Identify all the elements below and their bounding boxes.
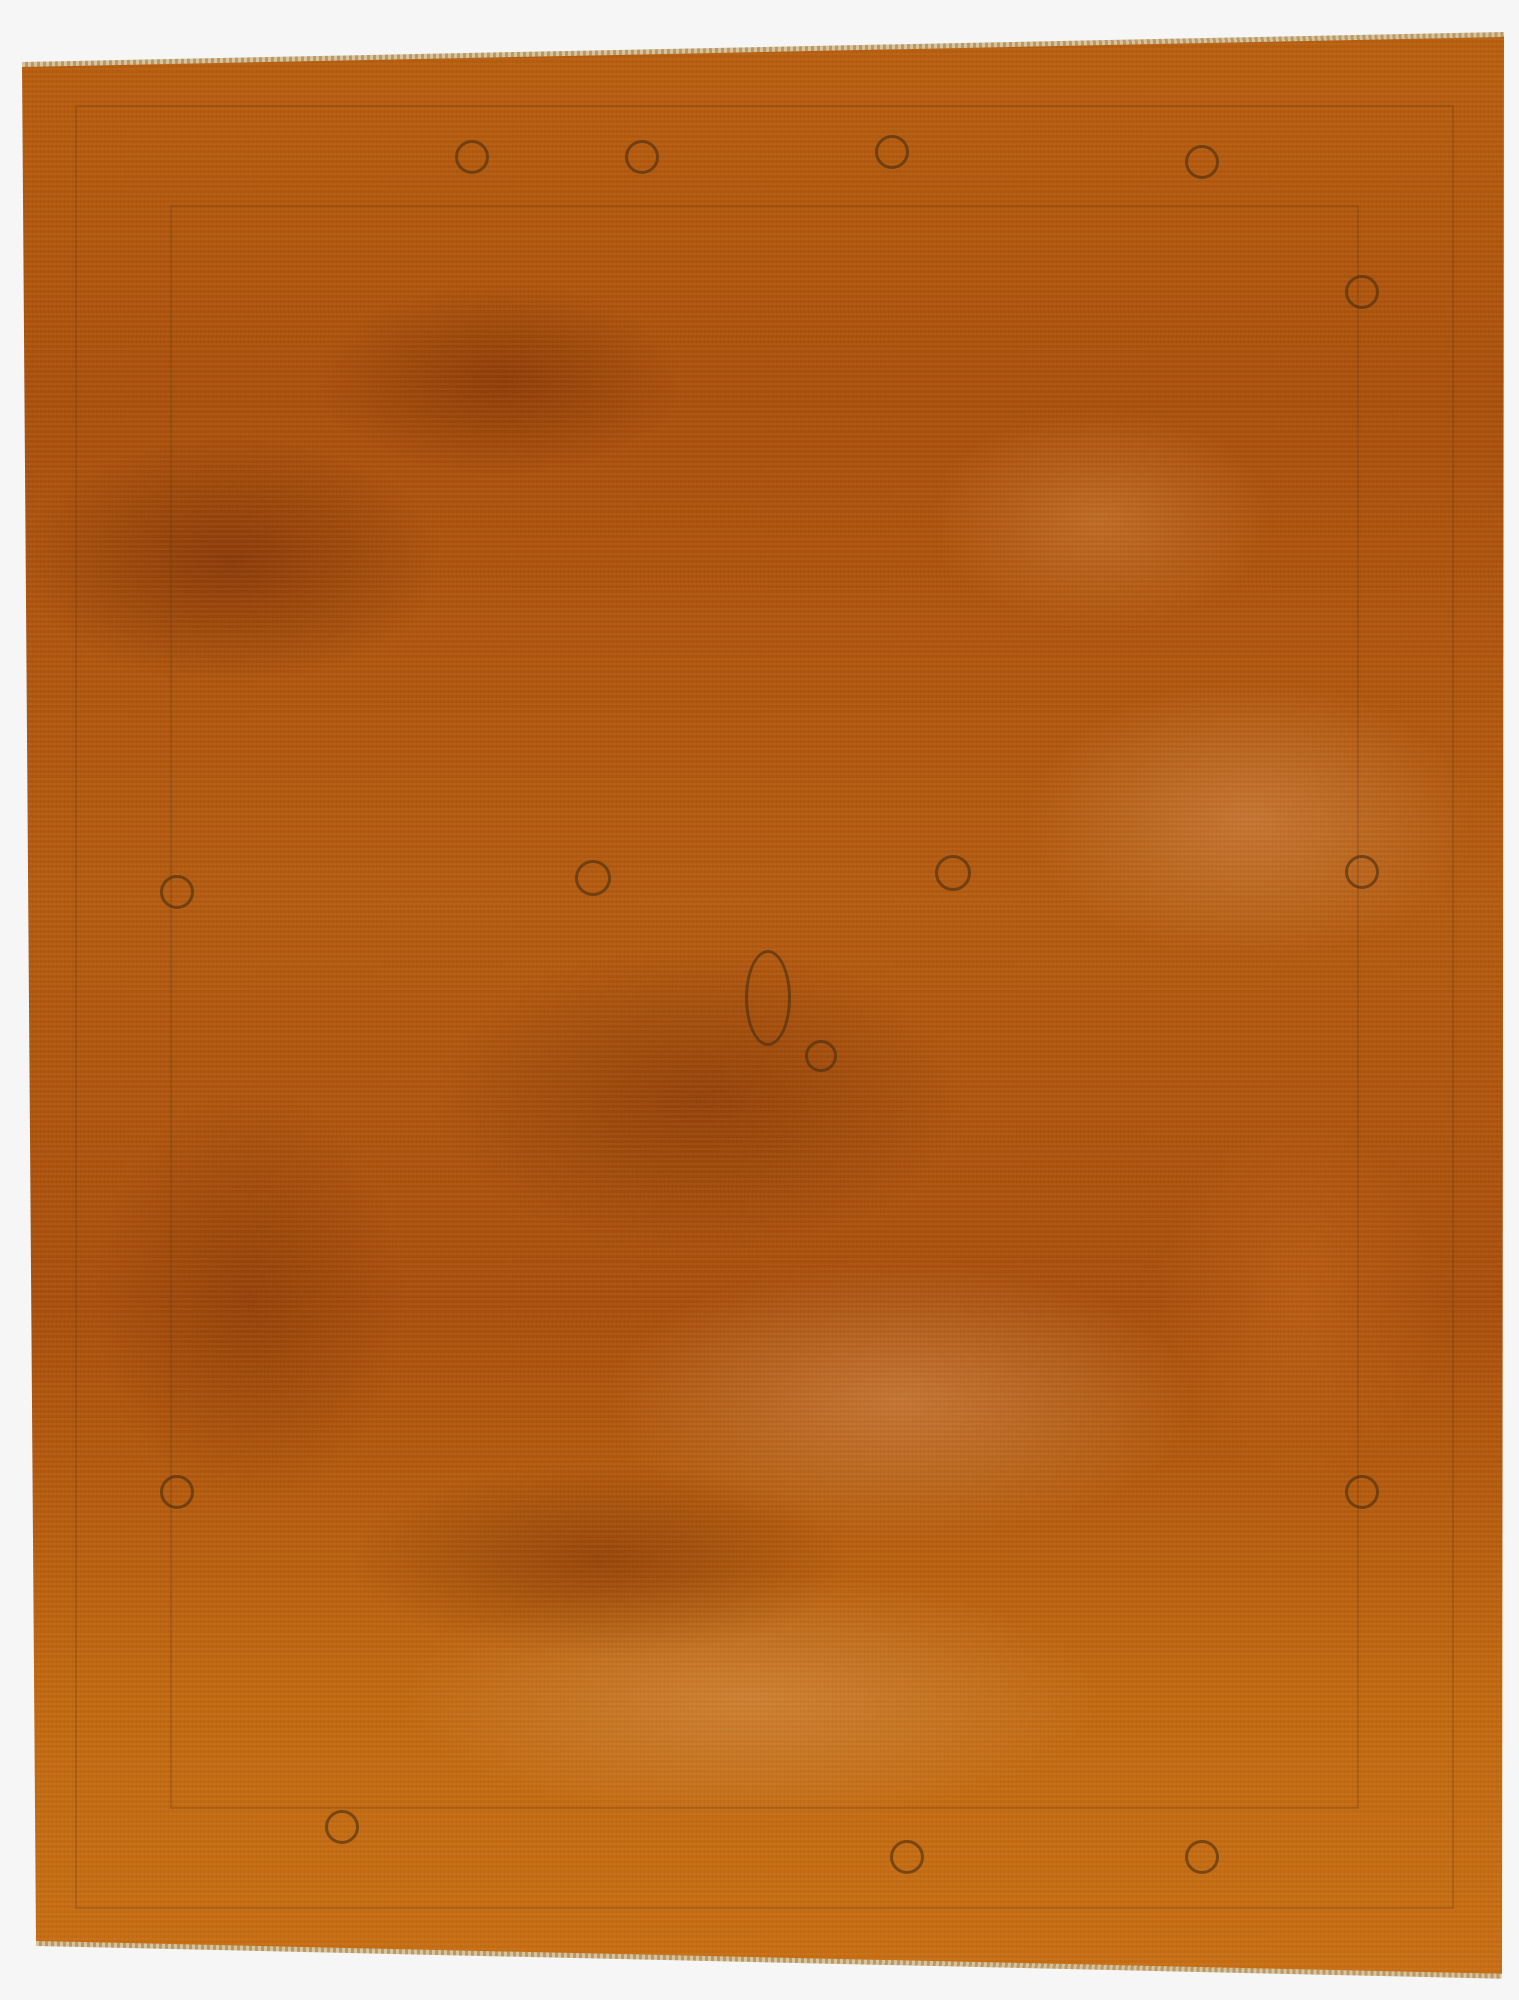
- rug: [0, 0, 1519, 2000]
- rug-photo: [0, 0, 1519, 2000]
